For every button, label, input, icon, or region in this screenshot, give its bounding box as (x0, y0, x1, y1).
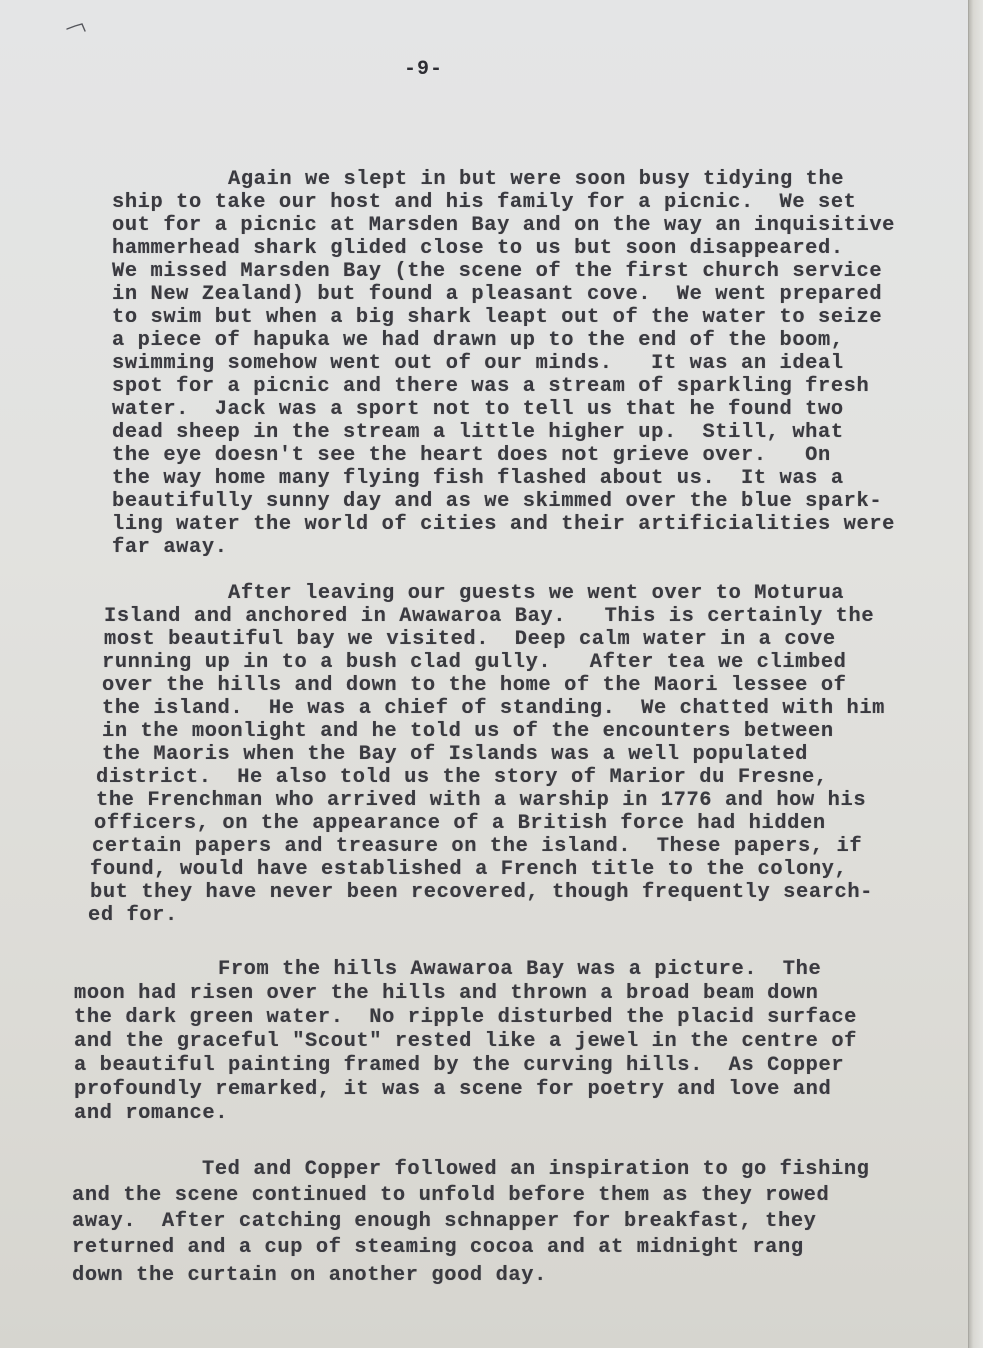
text-line: Ted and Copper followed an inspiration t… (202, 1158, 870, 1182)
text-line: far away. (112, 536, 228, 560)
text-line: After leaving our guests we went over to… (228, 582, 844, 606)
text-line: a beautiful painting framed by the curvi… (74, 1054, 844, 1078)
text-line: most beautiful bay we visited. Deep calm… (104, 628, 836, 652)
text-line: dead sheep in the stream a little higher… (112, 421, 844, 445)
text-line: to swim but when a big shark leapt out o… (112, 306, 882, 330)
text-line: the island. He was a chief of standing. … (102, 697, 885, 721)
page-edge (968, 0, 983, 1348)
text-line: From the hills Awawaroa Bay was a pictur… (218, 958, 821, 982)
text-line: and the scene continued to unfold before… (72, 1184, 829, 1208)
text-line: down the curtain on another good day. (72, 1264, 547, 1288)
page-number: -9- (404, 58, 443, 81)
text-line: swimming somehow went out of our minds. … (112, 352, 844, 376)
text-line: spot for a picnic and there was a stream… (112, 375, 869, 399)
text-line: certain papers and treasure on the islan… (92, 835, 862, 859)
text-line: returned and a cup of steaming cocoa and… (72, 1236, 804, 1260)
text-line: profoundly remarked, it was a scene for … (74, 1078, 831, 1102)
text-line: and the graceful "Scout" rested like a j… (74, 1030, 857, 1054)
text-line: a piece of hapuka we had drawn up to the… (112, 329, 844, 353)
text-line: running up in to a bush clad gully. Afte… (102, 651, 847, 675)
text-line: ling water the world of cities and their… (112, 513, 895, 537)
text-line: ship to take our host and his family for… (112, 191, 857, 215)
text-line: in New Zealand) but found a pleasant cov… (112, 283, 882, 307)
text-line: We missed Marsden Bay (the scene of the … (112, 260, 882, 284)
text-line: found, would have established a French t… (90, 858, 847, 882)
text-line: the Maoris when the Bay of Islands was a… (102, 743, 808, 767)
text-line: the way home many flying fish flashed ab… (112, 467, 844, 491)
text-line: moon had risen over the hills and thrown… (74, 982, 819, 1006)
text-line: the dark green water. No ripple disturbe… (74, 1006, 857, 1030)
text-line: water. Jack was a sport not to tell us t… (112, 398, 844, 422)
text-line: Again we slept in but were soon busy tid… (228, 168, 844, 192)
text-line: the eye doesn't see the heart does not g… (112, 444, 831, 468)
text-line: but they have never been recovered, thou… (90, 881, 873, 905)
text-line: officers, on the appearance of a British… (94, 812, 826, 836)
text-line: out for a picnic at Marsden Bay and on t… (112, 214, 895, 238)
text-line: in the moonlight and he told us of the e… (102, 720, 834, 744)
text-line: beautifully sunny day and as we skimmed … (112, 490, 882, 514)
text-line: over the hills and down to the home of t… (102, 674, 847, 698)
text-line: hammerhead shark glided close to us but … (112, 237, 844, 261)
pencil-tick-icon (66, 20, 92, 34)
text-line: district. He also told us the story of M… (96, 766, 828, 790)
text-line: and romance. (74, 1102, 228, 1126)
text-line: Island and anchored in Awawaroa Bay. Thi… (104, 605, 874, 629)
text-line: ed for. (88, 904, 178, 928)
text-line: the Frenchman who arrived with a warship… (96, 789, 866, 813)
typewritten-page: -9- Again we slept in but were soon busy… (0, 0, 968, 1348)
text-line: away. After catching enough schnapper fo… (72, 1210, 817, 1234)
